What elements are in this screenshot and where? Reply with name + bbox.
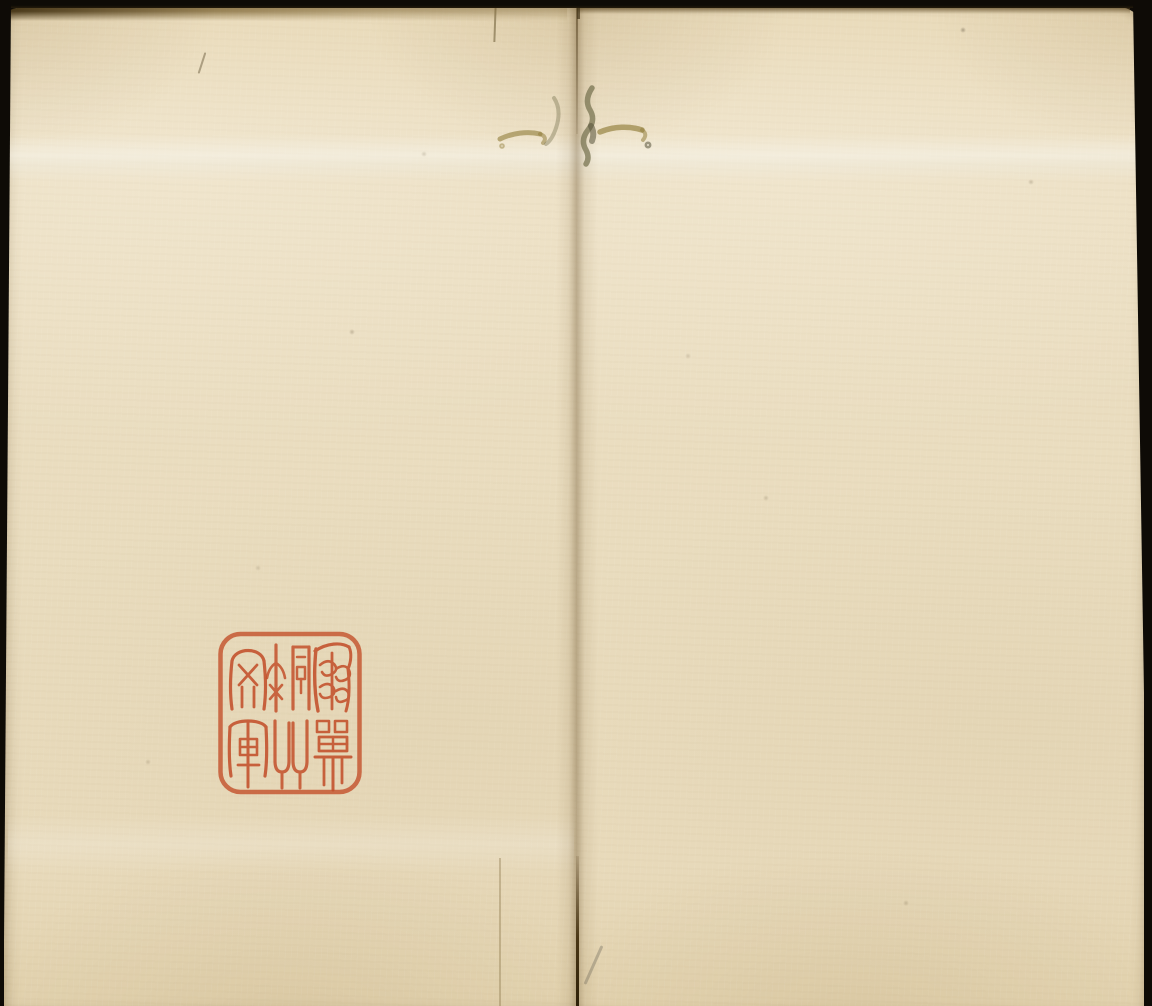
page-edge-band <box>4 8 567 21</box>
collection-seal: 飛騨桐山文庫 <box>215 629 365 797</box>
book-cover-edge-top <box>0 0 1152 8</box>
seal-drawing <box>215 629 365 797</box>
book-scan: 飛騨桐山文庫 <box>0 0 1152 1006</box>
seal-border <box>221 634 360 792</box>
gutter-seam-line <box>577 8 580 19</box>
seal-column-hida <box>315 644 351 790</box>
right-page <box>577 7 1144 1006</box>
page-edge-band <box>577 7 1130 14</box>
crease-line <box>499 858 501 1006</box>
ink-smudge <box>488 82 658 192</box>
seal-column-bunko <box>229 651 266 788</box>
seal-column-kiriyama <box>267 645 309 788</box>
ink-smudge-drawing <box>488 82 658 192</box>
gutter-seam-line <box>576 856 579 1006</box>
